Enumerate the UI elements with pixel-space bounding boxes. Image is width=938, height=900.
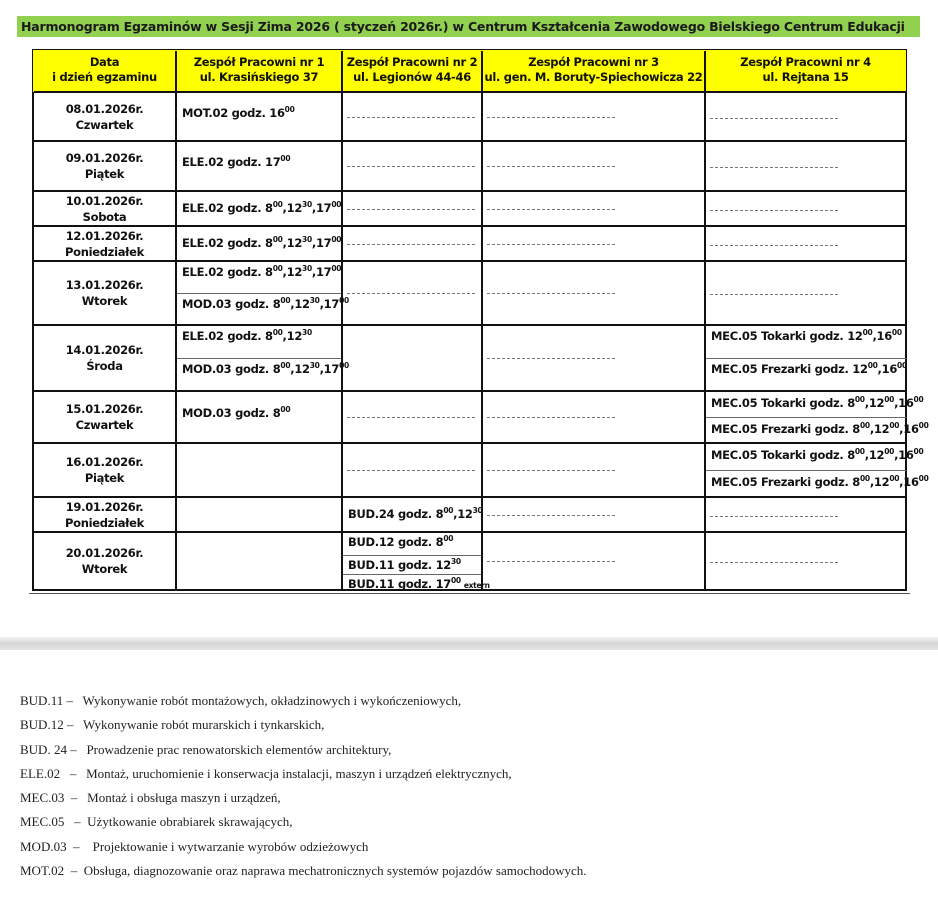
exam-date-cell: 20.01.2026r.Wtorek <box>33 532 176 590</box>
row-divider <box>34 324 906 326</box>
row-divider <box>34 496 906 498</box>
column-header-4: Zespół Pracowni nr 4ul. Rejtana 15 <box>705 50 906 92</box>
row-divider <box>34 442 906 444</box>
exam-time: 1230 <box>294 362 319 376</box>
column-header-2: Zespół Pracowni nr 2ul. Legionów 44-46 <box>342 50 482 92</box>
exam-date: 15.01.2026r. <box>33 401 176 417</box>
legend-separator: – <box>67 742 87 757</box>
exam-code: MEC.05 Tokarki <box>711 448 806 462</box>
empty-slot-dash <box>487 209 615 210</box>
exam-time: 1600 <box>903 422 928 436</box>
row-divider <box>34 390 906 392</box>
row-divider <box>34 260 906 262</box>
exam-entry: BUD.11 godz. 1230 <box>342 555 482 574</box>
empty-slot-dash <box>487 470 615 471</box>
legend-separator: – <box>67 839 93 854</box>
empty-slot-dash <box>710 118 838 119</box>
sub-row-divider <box>176 293 342 294</box>
column-header-title: Zespół Pracowni nr 2 <box>342 55 482 70</box>
exam-date-cell: 12.01.2026r.Poniedziałek <box>33 226 176 261</box>
column-divider <box>341 51 343 590</box>
exam-date: 16.01.2026r. <box>33 454 176 470</box>
legend-code: MOT.02 <box>20 863 64 878</box>
exam-date: 20.01.2026r. <box>33 545 176 561</box>
time-label: godz. <box>398 507 432 521</box>
legend-separator: – <box>64 717 83 732</box>
exam-date: 19.01.2026r. <box>33 499 176 515</box>
empty-slot-dash <box>710 294 838 295</box>
legend-item: ELE.02 – Montaż, uruchomienie i konserwa… <box>20 766 587 790</box>
page-title: Harmonogram Egzaminów w Sesji Zima 2026 … <box>21 19 905 34</box>
legend-code: BUD. 24 <box>20 742 67 757</box>
exam-date-cell: 15.01.2026r.Czwartek <box>33 391 176 443</box>
time-label: godz. <box>810 329 844 343</box>
exam-code: MOD.03 <box>182 297 231 311</box>
time-label: godz. <box>815 475 849 489</box>
column-header-address: ul. Legionów 44-46 <box>342 70 482 85</box>
legend-separator: – <box>64 790 87 805</box>
exam-date: 13.01.2026r. <box>33 277 176 293</box>
exam-time: 800 <box>852 475 870 489</box>
exam-weekday: Poniedziałek <box>33 244 176 260</box>
time-label: godz. <box>235 406 269 420</box>
exam-code: MEC.05 Tokarki <box>711 329 806 343</box>
exam-entry: ELE.02 godz. 800,1230,1700 <box>176 261 342 293</box>
legend-item: MOD.03 – Projektowanie i wytwarzanie wyr… <box>20 839 587 863</box>
exam-time: 1230 <box>436 558 461 572</box>
time-label: godz. <box>227 236 261 250</box>
legend-code: MEC.05 <box>20 814 64 829</box>
column-header-title: Zespół Pracowni nr 1 <box>176 55 342 70</box>
exam-date: 08.01.2026r. <box>33 101 176 117</box>
legend-item: BUD.12 – Wykonywanie robót murarskich i … <box>20 717 587 741</box>
exam-entry: BUD.12 godz. 800 <box>342 532 482 555</box>
empty-slot-dash <box>710 562 838 563</box>
exam-entry: MEC.05 Frezarki godz. 800,1200,1600 <box>705 417 906 443</box>
legend-code: MOD.03 <box>20 839 67 854</box>
legend-description: Wykonywanie robót montażowych, okładzino… <box>82 693 461 708</box>
exam-time: 800 <box>847 448 865 462</box>
time-label: godz. <box>398 558 432 572</box>
exam-entry: ELE.02 godz. 800,1230,1700 <box>176 191 342 226</box>
legend-code: BUD.12 <box>20 717 64 732</box>
sub-row-divider <box>176 358 342 359</box>
exam-time: 1230 <box>287 236 312 250</box>
exam-entry: ELE.02 godz. 800,1230 <box>176 325 342 358</box>
exam-code: MOD.03 <box>182 406 231 420</box>
exam-code: BUD.24 <box>348 507 394 521</box>
time-label: godz. <box>227 265 261 279</box>
exam-time: 1230 <box>287 265 312 279</box>
empty-slot-dash <box>347 166 475 167</box>
exam-weekday: Czwartek <box>33 117 176 133</box>
column-header-title: Data <box>33 55 176 70</box>
exam-time: 800 <box>852 422 870 436</box>
exam-date: 10.01.2026r. <box>33 193 176 209</box>
time-label: godz. <box>232 106 266 120</box>
legend-description: Projektowanie i wytwarzanie wyrobów odzi… <box>93 839 369 854</box>
exam-date-cell: 16.01.2026r.Piątek <box>33 443 176 497</box>
legend-description: Prowadzenie prac renowatorskich elementó… <box>86 742 391 757</box>
exam-time: 1230 <box>294 297 319 311</box>
exam-entry: MOD.03 godz. 800 <box>176 391 342 443</box>
time-label: godz. <box>227 201 261 215</box>
exam-date-cell: 08.01.2026r.Czwartek <box>33 92 176 141</box>
exam-weekday: Piątek <box>33 166 176 182</box>
exam-code: MEC.05 Tokarki <box>711 396 806 410</box>
empty-slot-dash <box>710 516 838 517</box>
column-header-address: ul. gen. M. Boruty-Spiechowicza 22 <box>482 70 705 85</box>
exam-date-cell: 14.01.2026r.Środa <box>33 325 176 391</box>
exam-time: 1700 <box>316 265 341 279</box>
sub-row-divider <box>705 358 906 359</box>
exam-time: 800 <box>436 507 454 521</box>
exam-time: 1600 <box>903 475 928 489</box>
time-label: godz. <box>235 297 269 311</box>
exam-date: 14.01.2026r. <box>33 342 176 358</box>
exam-entry: MEC.05 Tokarki godz. 1200,1600 <box>705 325 906 358</box>
time-label: godz. <box>810 448 844 462</box>
exam-weekday: Sobota <box>33 209 176 225</box>
row-divider <box>34 140 906 142</box>
row-divider <box>34 190 906 192</box>
sub-row-divider <box>705 470 906 471</box>
exam-time: 1200 <box>869 448 894 462</box>
exam-time: 1200 <box>869 396 894 410</box>
exam-time: 1200 <box>874 422 899 436</box>
exam-date: 12.01.2026r. <box>33 228 176 244</box>
exam-weekday: Wtorek <box>33 561 176 577</box>
exam-entry: MEC.05 Tokarki godz. 800,1200,1600 <box>705 443 906 470</box>
exam-weekday: Piątek <box>33 470 176 486</box>
legend-separator: – <box>60 766 86 781</box>
legend-item: BUD. 24 – Prowadzenie prac renowatorskic… <box>20 742 587 766</box>
exam-time: 1200 <box>874 475 899 489</box>
empty-slot-dash <box>710 210 838 211</box>
exam-time: 800 <box>265 329 283 343</box>
exam-time: 1700 <box>324 362 349 376</box>
exam-entry: BUD.11 godz. 1700extern <box>342 574 482 590</box>
column-header-address: ul. Krasińskiego 37 <box>176 70 342 85</box>
column-divider <box>175 51 177 590</box>
empty-slot-dash <box>487 117 615 118</box>
empty-slot-dash <box>347 470 475 471</box>
legend-item: MEC.03 – Montaż i obsługa maszyn i urząd… <box>20 790 587 814</box>
empty-slot-dash <box>487 293 615 294</box>
exam-code: ELE.02 <box>182 236 224 250</box>
exam-schedule-table: Datai dzień egzaminuZespół Pracowni nr 1… <box>32 49 907 591</box>
exam-date: 09.01.2026r. <box>33 150 176 166</box>
exam-time: 1700 <box>316 201 341 215</box>
column-header-0: Datai dzień egzaminu <box>33 50 176 92</box>
time-label: godz. <box>815 422 849 436</box>
column-header-title: Zespół Pracowni nr 3 <box>482 55 705 70</box>
exam-time: 1700 <box>436 577 461 591</box>
legend-code: MEC.03 <box>20 790 64 805</box>
legend-item: MOT.02 – Obsługa, diagnozowanie oraz nap… <box>20 863 587 887</box>
exam-time: 1230 <box>287 329 312 343</box>
exam-time: 800 <box>265 265 283 279</box>
page-divider <box>0 637 938 650</box>
column-header-address: i dzień egzaminu <box>33 70 176 85</box>
sub-row-divider <box>705 417 906 418</box>
column-header-1: Zespół Pracowni nr 1ul. Krasińskiego 37 <box>176 50 342 92</box>
time-label: godz. <box>398 577 432 591</box>
exam-time: 1700 <box>265 155 290 169</box>
exam-time: 1600 <box>882 362 907 376</box>
exam-entry: MEC.05 Frezarki godz. 800,1200,1600 <box>705 470 906 497</box>
empty-slot-dash <box>487 358 615 359</box>
exam-time: 1600 <box>269 106 294 120</box>
row-divider <box>34 91 906 93</box>
column-header-3: Zespół Pracowni nr 3ul. gen. M. Boruty-S… <box>482 50 705 92</box>
exam-weekday: Wtorek <box>33 293 176 309</box>
qualification-legend: BUD.11 – Wykonywanie robót montażowych, … <box>20 693 587 887</box>
exam-time: 800 <box>273 362 291 376</box>
legend-separator: – <box>64 814 87 829</box>
exam-code: ELE.02 <box>182 329 224 343</box>
exam-entry: MOD.03 godz. 800,1230,1700 <box>176 358 342 391</box>
exam-date-cell: 13.01.2026r.Wtorek <box>33 261 176 325</box>
page-title-banner: Harmonogram Egzaminów w Sesji Zima 2026 … <box>17 16 920 37</box>
column-header-address: ul. Rejtana 15 <box>705 70 906 85</box>
exam-time: 1600 <box>898 396 923 410</box>
exam-date-cell: 10.01.2026r.Sobota <box>33 191 176 226</box>
empty-slot-dash <box>487 166 615 167</box>
extern-note: extern <box>464 581 490 590</box>
time-label: godz. <box>227 155 261 169</box>
exam-code: MEC.05 Frezarki <box>711 475 811 489</box>
exam-time: 1200 <box>852 362 877 376</box>
exam-time: 1700 <box>324 297 349 311</box>
legend-description: Montaż i obsługa maszyn i urządzeń, <box>87 790 281 805</box>
legend-item: BUD.11 – Wykonywanie robót montażowych, … <box>20 693 587 717</box>
exam-code: BUD.11 <box>348 558 394 572</box>
exam-time: 1200 <box>847 329 872 343</box>
exam-code: BUD.12 <box>348 535 394 549</box>
time-label: godz. <box>398 535 432 549</box>
empty-slot-dash <box>710 245 838 246</box>
empty-slot-dash <box>487 417 615 418</box>
empty-slot-dash <box>710 167 838 168</box>
empty-slot-dash <box>487 515 615 516</box>
legend-separator: – <box>64 863 84 878</box>
column-header-title: Zespół Pracowni nr 4 <box>705 55 906 70</box>
exam-entry: MOD.03 godz. 800,1230,1700 <box>176 293 342 325</box>
exam-entry: MEC.05 Tokarki godz. 800,1200,1600 <box>705 391 906 417</box>
exam-time: 800 <box>265 236 283 250</box>
legend-description: Wykonywanie robót murarskich i tynkarski… <box>83 717 324 732</box>
time-label: godz. <box>227 329 261 343</box>
exam-time: 1230 <box>287 201 312 215</box>
row-divider <box>34 225 906 227</box>
exam-code: MOT.02 <box>182 106 228 120</box>
time-label: godz. <box>235 362 269 376</box>
empty-slot-dash <box>487 244 615 245</box>
empty-slot-dash <box>347 244 475 245</box>
legend-description: Montaż, uruchomienie i konserwacja insta… <box>86 766 512 781</box>
row-divider <box>34 531 906 533</box>
exam-code: MEC.05 Frezarki <box>711 362 811 376</box>
exam-entry: ELE.02 godz. 1700 <box>176 141 342 191</box>
empty-slot-dash <box>347 417 475 418</box>
exam-entry: MOT.02 godz. 1600 <box>176 92 342 141</box>
exam-entry: BUD.24 godz. 800,1230 <box>342 497 482 532</box>
exam-time: 800 <box>273 406 291 420</box>
exam-time: 1230 <box>457 507 482 521</box>
column-divider <box>481 51 483 590</box>
exam-time: 800 <box>436 535 454 549</box>
exam-entry: MEC.05 Frezarki godz. 1200,1600 <box>705 358 906 391</box>
exam-time: 1700 <box>316 236 341 250</box>
exam-code: MOD.03 <box>182 362 231 376</box>
exam-time: 800 <box>273 297 291 311</box>
sub-row-divider <box>342 574 482 575</box>
empty-slot-dash <box>487 561 615 562</box>
exam-date-cell: 19.01.2026r.Poniedziałek <box>33 497 176 532</box>
exam-code: BUD.11 <box>348 577 394 591</box>
exam-time: 1600 <box>877 329 902 343</box>
exam-code: ELE.02 <box>182 155 224 169</box>
exam-entry: ELE.02 godz. 800,1230,1700 <box>176 226 342 261</box>
column-divider <box>704 51 706 590</box>
empty-slot-dash <box>347 209 475 210</box>
empty-slot-dash <box>347 293 475 294</box>
exam-date-cell: 09.01.2026r.Piątek <box>33 141 176 191</box>
exam-weekday: Czwartek <box>33 417 176 433</box>
legend-item: MEC.05 – Użytkowanie obrabiarek skrawają… <box>20 814 587 838</box>
sub-row-divider <box>342 555 482 556</box>
legend-code: ELE.02 <box>20 766 60 781</box>
exam-time: 800 <box>847 396 865 410</box>
exam-code: ELE.02 <box>182 201 224 215</box>
exam-code: MEC.05 Frezarki <box>711 422 811 436</box>
legend-code: BUD.11 <box>20 693 63 708</box>
exam-code: ELE.02 <box>182 265 224 279</box>
exam-time: 1600 <box>898 448 923 462</box>
empty-slot-dash <box>347 117 475 118</box>
exam-time: 800 <box>265 201 283 215</box>
legend-separator: – <box>63 693 82 708</box>
legend-description: Obsługa, diagnozowanie oraz naprawa mech… <box>84 863 587 878</box>
time-label: godz. <box>815 362 849 376</box>
legend-description: Użytkowanie obrabiarek skrawających, <box>87 814 292 829</box>
exam-weekday: Środa <box>33 358 176 374</box>
exam-weekday: Poniedziałek <box>33 515 176 531</box>
time-label: godz. <box>810 396 844 410</box>
